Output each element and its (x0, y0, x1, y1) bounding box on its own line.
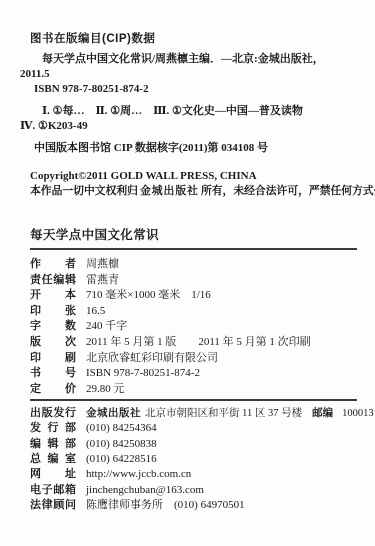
info-row-value: 29.80 元 (86, 382, 125, 398)
contact-row-label: 法律顾问 (30, 498, 76, 513)
cip-classification-line1: Ⅰ. ①每… Ⅱ. ①周… Ⅲ. ①文化史—中国—普及读物 (42, 104, 367, 119)
contact-row-value: jinchengchuban@163.com (86, 483, 204, 498)
contact-row: 发行部 (010) 84254364 (30, 421, 367, 436)
copyright-chinese-line: 本作品一切中文权利归金城出版社所有，未经合法许可，严禁任何方式使用。 (30, 184, 367, 199)
info-row: 定价 29.80 元 (30, 382, 367, 398)
title-divider-line (30, 248, 357, 250)
contact-row-value: (010) 84254364 (86, 421, 157, 436)
info-row-label: 字数 (30, 319, 76, 335)
info-row-value: 雷燕青 (86, 273, 119, 289)
contact-row-label: 发行部 (30, 421, 76, 436)
info-row-label: 作者 (30, 257, 76, 273)
contact-row-label: 电子邮箱 (30, 483, 76, 498)
info-row: 字数 240 千字 (30, 319, 367, 335)
cip-classification-line2: Ⅳ. ①K203-49 (20, 119, 367, 134)
cip-heading: 图书在版编目(CIP)数据 (30, 32, 367, 47)
distribution-publisher: 金城出版社 (86, 406, 141, 421)
contact-row: 电子邮箱 jinchengchuban@163.com (30, 483, 367, 498)
info-row-label: 责任编辑 (30, 273, 76, 289)
copyright-english-line: Copyright©2011 GOLD WALL PRESS, CHINA (30, 169, 367, 184)
contact-row-value: (010) 84250838 (86, 437, 157, 452)
info-row-value: 240 千字 (86, 319, 127, 335)
cip-isbn-line: ISBN 978-7-80251-874-2 (34, 82, 367, 97)
contact-row: 法律顾问 陈鹰律师事务所 (010) 64970501 (30, 498, 367, 513)
distribution-block: 出版发行 金城出版社 北京市朝阳区和平街 11 区 37 号楼 邮编 10001… (30, 406, 367, 514)
info-row: 印刷 北京欣睿虹彩印刷有限公司 (30, 351, 367, 367)
info-row: 开本 710 毫米×1000 毫米 1/16 (30, 288, 367, 304)
info-row-value: 2011 年 5 月第 1 版 2011 年 5 月第 1 次印刷 (86, 335, 311, 351)
copyright-page: 图书在版编目(CIP)数据 每天学点中国文化常识/周燕檩主编．—北京:金城出版社… (0, 0, 375, 546)
contact-row-value: (010) 64228516 (86, 452, 157, 467)
contact-row-label: 总编室 (30, 452, 76, 467)
cip-entry-line2: 2011.5 (20, 67, 367, 82)
info-row-value: 16.5 (86, 304, 105, 320)
info-row: 印张 16.5 (30, 304, 367, 320)
info-row: 作者 周燕檩 (30, 257, 367, 273)
publisher-name: 金城出版社 (138, 185, 201, 197)
info-row-value: ISBN 978-7-80251-874-2 (86, 366, 200, 382)
contact-row-label: 网址 (30, 467, 76, 482)
cip-record-number: 中国版本图书馆 CIP 数据核字(2011)第 034108 号 (34, 141, 367, 156)
copyright-suffix: 所有，未经合法许可，严禁任何方式使用。 (201, 185, 375, 197)
postcode-label: 邮编 (312, 406, 333, 421)
info-row-label: 版次 (30, 335, 76, 351)
cip-entry-line1: 每天学点中国文化常识/周燕檩主编．—北京:金城出版社， (42, 52, 367, 67)
contact-row-value: http://www.jccb.com.cn (86, 467, 191, 482)
book-info-list: 作者 周燕檩 责任编辑 雷燕青 开本 710 毫米×1000 毫米 1/16 印… (30, 257, 367, 397)
book-title: 每天学点中国文化常识 (30, 227, 367, 244)
contact-rows: 发行部 (010) 84254364 编辑部 (010) 84250838 总编… (30, 421, 367, 513)
contact-row: 总编室 (010) 64228516 (30, 452, 367, 467)
info-row-value: 710 毫米×1000 毫米 1/16 (86, 288, 211, 304)
contact-row-value: 陈鹰律师事务所 (010) 64970501 (86, 498, 245, 513)
section-divider-line (30, 399, 357, 401)
contact-row: 编辑部 (010) 84250838 (30, 437, 367, 452)
info-row: 版次 2011 年 5 月第 1 版 2011 年 5 月第 1 次印刷 (30, 335, 367, 351)
info-row-label: 开本 (30, 288, 76, 304)
copyright-block: Copyright©2011 GOLD WALL PRESS, CHINA 本作… (30, 169, 367, 199)
copyright-prefix: 本作品一切中文权利归 (30, 185, 138, 197)
postcode-value: 100013 (342, 406, 374, 421)
info-row: 书号 ISBN 978-7-80251-874-2 (30, 366, 367, 382)
info-row-label: 定价 (30, 382, 76, 398)
distribution-label: 出版发行 (30, 406, 76, 421)
info-row-label: 印张 (30, 304, 76, 320)
info-row-value: 北京欣睿虹彩印刷有限公司 (86, 351, 218, 367)
cip-block: 图书在版编目(CIP)数据 每天学点中国文化常识/周燕檩主编．—北京:金城出版社… (30, 32, 367, 156)
info-row-label: 书号 (30, 366, 76, 382)
contact-row-label: 编辑部 (30, 437, 76, 452)
contact-row: 网址 http://www.jccb.com.cn (30, 467, 367, 482)
info-row: 责任编辑 雷燕青 (30, 273, 367, 289)
distribution-row: 出版发行 金城出版社 北京市朝阳区和平街 11 区 37 号楼 邮编 10001… (30, 406, 367, 421)
info-row-label: 印刷 (30, 351, 76, 367)
distribution-address: 北京市朝阳区和平街 11 区 37 号楼 (145, 406, 302, 421)
info-row-value: 周燕檩 (86, 257, 119, 273)
